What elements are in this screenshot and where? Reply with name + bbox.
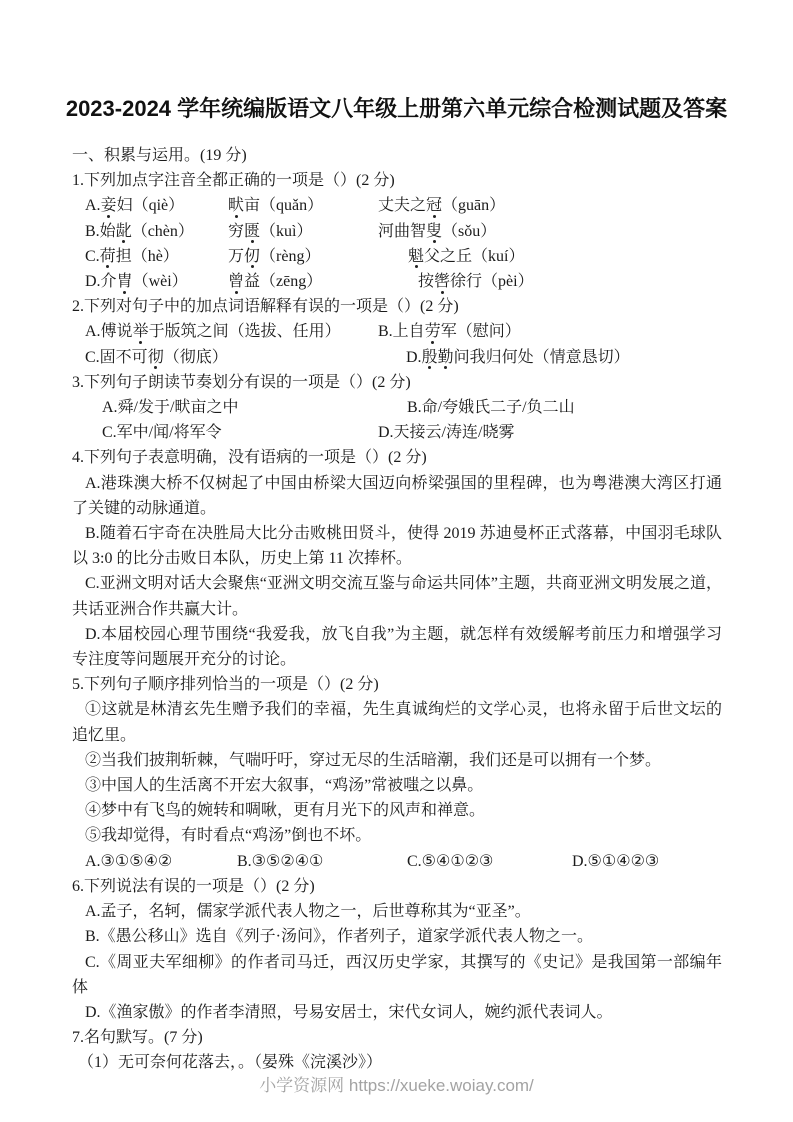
document-body: 一、积累与运用。(19 分) 1.下列加点字注音全都正确的一项是（）(2 分) … (72, 143, 722, 1076)
q1-option-c-word2: 万仞（rèng） (228, 244, 408, 269)
q3-option-d: D.天接云/涛连/晓雾 (378, 420, 514, 445)
q4-option-a: A.港珠澳大桥不仅树起了中国由桥梁大国迈向桥梁强国的里程碑，也为粤港澳大湾区打通… (72, 471, 722, 521)
q5-sentence-1: ①这就是林清玄先生赠予我们的幸福，先生真诚绚烂的文学心灵，也将永留于后世文坛的追… (72, 697, 722, 747)
question-6-stem: 6.下列说法有误的一项是（）(2 分) (72, 874, 722, 899)
q3-option-c: C.军中/闻/将军令 (102, 420, 378, 445)
q6-option-c: C.《周亚夫军细柳》的作者司马迁，西汉历史学家，其撰写的《史记》是我国第一部编年… (72, 950, 722, 1000)
q5-option-d: D.⑤①④②③ (572, 849, 659, 874)
question-2-row-cd: C.固不可彻（彻底） D.殷勤问我归何处（情意恳切） (72, 345, 722, 370)
q6-option-d: D.《渔家傲》的作者李清照，号易安居士，宋代女词人，婉约派代表词人。 (72, 1000, 722, 1025)
q5-sentence-5: ⑤我却觉得，有时看点“鸡汤”倒也不坏。 (72, 823, 722, 848)
question-3-row-cd: C.军中/闻/将军令 D.天接云/涛连/晓雾 (72, 420, 722, 445)
q5-sentence-4: ④梦中有飞鸟的婉转和啁啾，更有月光下的风声和禅意。 (72, 798, 722, 823)
question-2-stem: 2.下列对句子中的加点词语解释有误的一项是（）(2 分) (72, 294, 722, 319)
site-watermark: 小学资源网 https://xueke.woiay.com/ (0, 1071, 793, 1096)
question-1-row-c: C.荷担（hè） 万仞（rèng） 魁父之丘（kuí） (72, 244, 722, 269)
question-5-stem: 5.下列句子顺序排列恰当的一项是（）(2 分) (72, 672, 722, 697)
q2-option-d: D.殷勤问我归何处（情意恳切） (406, 345, 630, 370)
q1-option-c-word3: 魁父之丘（kuí） (408, 244, 524, 269)
q4-option-c: C.亚洲文明对话大会聚焦“亚洲文明交流互鉴与命运共同体”主题，共商亚洲文明发展之… (72, 571, 722, 621)
q2-option-c: C.固不可彻（彻底） (85, 345, 406, 370)
question-3-stem: 3.下列句子朗读节奏划分有误的一项是（）(2 分) (72, 370, 722, 395)
question-1-stem: 1.下列加点字注音全都正确的一项是（）(2 分) (72, 168, 722, 193)
q3-option-a: A.舜/发于/畎亩之中 (102, 395, 407, 420)
q5-option-b: B.③⑤②④① (237, 849, 407, 874)
q1-option-b-word1: B.始龀（chèn） (85, 219, 228, 244)
question-4-stem: 4.下列句子表意明确，没有语病的一项是（）(2 分) (72, 445, 722, 470)
q4-option-d: D.本届校园心理节围绕“我爱我，放飞自我”为主题，就怎样有效缓解考前压力和增强学… (72, 622, 722, 672)
q1-option-d-word2: 曾益（zēng） (228, 269, 418, 294)
question-1-row-d: D.介胄（wèi） 曾益（zēng） 按辔徐行（pèi） (72, 269, 722, 294)
q1-option-a-word1: A.妾妇（qiè） (85, 193, 228, 218)
q1-option-c-word1: C.荷担（hè） (85, 244, 228, 269)
question-5-options-row: A.③①⑤④② B.③⑤②④① C.⑤④①②③ D.⑤①④②③ (72, 849, 722, 874)
q2-option-b: B.上自劳军（慰问） (378, 319, 521, 344)
question-2-row-ab: A.傅说举于版筑之间（选拔、任用） B.上自劳军（慰问） (72, 319, 722, 344)
q1-option-d-word1: D.介胄（wèi） (85, 269, 228, 294)
question-1-row-a: A.妾妇（qiè） 畎亩（quǎn） 丈夫之冠（guān） (72, 193, 722, 218)
question-7-stem: 7.名句默写。(7 分) (72, 1025, 722, 1050)
q5-option-a: A.③①⑤④② (85, 849, 237, 874)
q1-option-d-word3: 按辔徐行（pèi） (418, 269, 534, 294)
q5-sentence-3: ③中国人的生活离不开宏大叙事，“鸡汤”常被嗤之以鼻。 (72, 773, 722, 798)
q6-option-a: A.孟子，名轲，儒家学派代表人物之一，后世尊称其为“亚圣”。 (72, 899, 722, 924)
question-3-row-ab: A.舜/发于/畎亩之中 B.命/夸娥氏二子/负二山 (72, 395, 722, 420)
q4-option-b: B.随着石宇奇在决胜局大比分击败桃田贤斗，使得 2019 苏迪曼杯正式落幕，中国… (72, 521, 722, 571)
section-heading: 一、积累与运用。(19 分) (72, 143, 722, 168)
question-1-row-b: B.始龀（chèn） 穷匮（kuì） 河曲智叟（sǒu） (72, 219, 722, 244)
page-title: 2023-2024 学年统编版语文八年级上册第六单元综合检测试题及答案 (40, 94, 753, 124)
q1-option-a-word2: 畎亩（quǎn） (228, 193, 378, 218)
q2-option-a: A.傅说举于版筑之间（选拔、任用） (85, 319, 378, 344)
q6-option-b: B.《愚公移山》选自《列子·汤问》，作者列子，道家学派代表人物之一。 (72, 924, 722, 949)
q1-option-a-word3: 丈夫之冠（guān） (378, 193, 505, 218)
q3-option-b: B.命/夸娥氏二子/负二山 (407, 395, 575, 420)
document-page: 2023-2024 学年统编版语文八年级上册第六单元综合检测试题及答案 一、积累… (0, 0, 793, 1122)
q5-sentence-2: ②当我们披荆斩棘，气喘吁吁，穿过无尽的生活暗潮，我们还是可以拥有一个梦。 (72, 748, 722, 773)
q1-option-b-word3: 河曲智叟（sǒu） (378, 219, 496, 244)
q5-option-c: C.⑤④①②③ (407, 849, 572, 874)
q1-option-b-word2: 穷匮（kuì） (228, 219, 378, 244)
